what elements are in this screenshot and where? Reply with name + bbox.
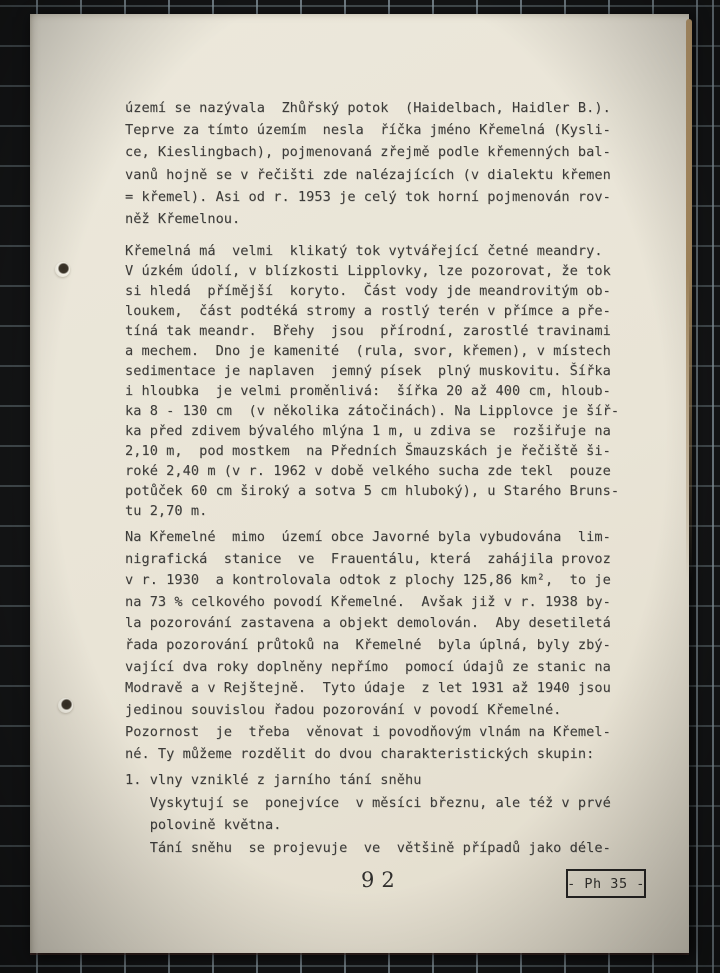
text-line: území se nazývala Zhůřský potok (Haidelb… xyxy=(125,97,630,119)
text-line: vající dva roky doplněny nepřímo pomocí … xyxy=(125,657,630,679)
numbered-list-item: 1. vlny vzniklé z jarního tání sněhu Vys… xyxy=(125,769,630,860)
text-line: a mechem. Dno je kamenité (rula, svor, k… xyxy=(125,341,630,361)
text-line: i hloubka je velmi proměnlivá: šířka 20 … xyxy=(125,381,630,401)
paragraph-1: území se nazývala Zhůřský potok (Haidelb… xyxy=(125,97,630,230)
text-line: tu 2,70 m. xyxy=(125,501,630,521)
archive-stamp: - Ph 35 - xyxy=(566,869,646,898)
text-line: jedinou souvislou řadou pozorování v pov… xyxy=(125,700,630,722)
text-line: Tání sněhu se projevuje ve většině přípa… xyxy=(125,837,630,860)
text-line: ce, Kieslingbach), pojmenovaná zřejmě po… xyxy=(125,141,630,163)
text-line: ka před zdivem bývalého mlýna 1 m, u zdi… xyxy=(125,421,630,441)
text-line: ka 8 - 130 cm (v několika zátočinách). N… xyxy=(125,401,630,421)
paragraph-2: Křemelná má velmi klikatý tok vytvářejíc… xyxy=(125,241,630,521)
text-line: v r. 1930 a kontrolovala odtok z plochy … xyxy=(125,570,630,592)
text-line: V úzkém údolí, v blízkosti Lipplovky, lz… xyxy=(125,261,630,281)
text-line: roké 2,40 m (v r. 1962 v době velkého su… xyxy=(125,461,630,481)
text-line: Křemelná má velmi klikatý tok vytvářejíc… xyxy=(125,241,630,261)
text-line: loukem, část podtéká stromy a rostlý ter… xyxy=(125,301,630,321)
text-line: něž Křemelnou. xyxy=(125,208,630,230)
page-number: 92 xyxy=(361,868,402,892)
text-line: 2,10 m, pod mostkem na Předních Šmauzská… xyxy=(125,441,630,461)
punch-hole-bottom xyxy=(58,698,73,713)
page-edge-tan-strip xyxy=(686,19,692,579)
document-page: území se nazývala Zhůřský potok (Haidelb… xyxy=(30,14,689,953)
tiled-background: území se nazývala Zhůřský potok (Haidelb… xyxy=(0,0,720,973)
text-line: vanů hojně se v řečišti zde nalézajících… xyxy=(125,164,630,186)
paragraph-3: Na Křemelné mimo území obce Javorné byla… xyxy=(125,527,630,721)
text-line: řada pozorování průtoků na Křemelné byla… xyxy=(125,635,630,657)
text-line: si hledá přímější koryto. Část vody jde … xyxy=(125,281,630,301)
text-line: potůček 60 cm široký a sotva 5 cm hlubok… xyxy=(125,481,630,501)
text-line: né. Ty můžeme rozdělit do dvou charakter… xyxy=(125,744,630,766)
text-line: la pozorování zastavena a objekt demolov… xyxy=(125,613,630,635)
text-line: Teprve za tímto územím nesla říčka jméno… xyxy=(125,119,630,141)
text-line: na 73 % celkového povodí Křemelné. Avšak… xyxy=(125,592,630,614)
text-line: sedimentace je naplaven jemný písek plný… xyxy=(125,361,630,381)
punch-hole-top xyxy=(55,262,70,277)
text-line: tíná tak meandr. Břehy jsou přírodní, za… xyxy=(125,321,630,341)
text-line: Modravě a v Rejštejně. Tyto údaje z let … xyxy=(125,678,630,700)
text-line: Vyskytují se ponejvíce v měsíci březnu, … xyxy=(125,792,630,815)
text-line: polovině května. xyxy=(125,814,630,837)
paragraph-4: Pozornost je třeba věnovat i povodňovým … xyxy=(125,722,630,765)
text-line: nigrafická stanice ve Frauentálu, která … xyxy=(125,549,630,571)
text-line: Pozornost je třeba věnovat i povodňovým … xyxy=(125,722,630,744)
text-line: = křemel). Asi od r. 1953 je celý tok ho… xyxy=(125,186,630,208)
text-line: Na Křemelné mimo území obce Javorné byla… xyxy=(125,527,630,549)
text-line: 1. vlny vzniklé z jarního tání sněhu xyxy=(125,769,630,792)
